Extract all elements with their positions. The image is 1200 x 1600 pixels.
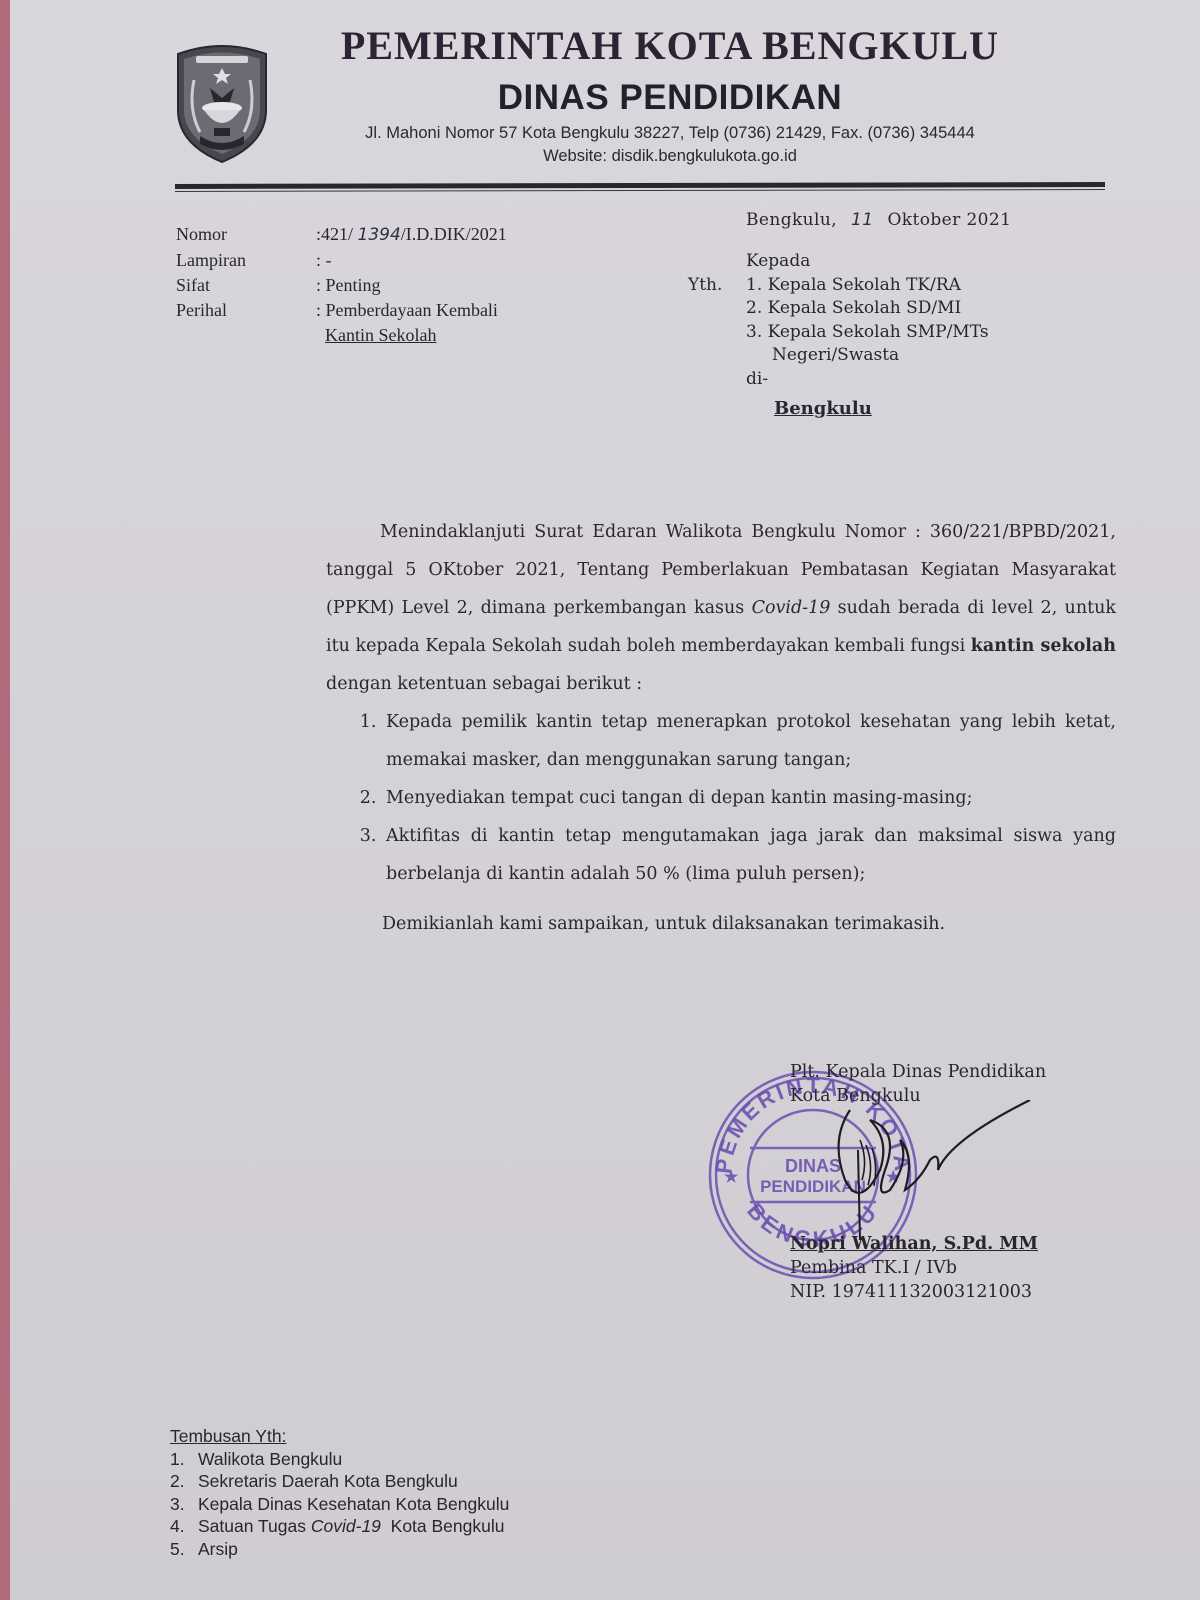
date-city: Bengkulu,: [746, 210, 837, 230]
letter-body: Menindaklanjuti Surat Edaran Walikota Be…: [326, 513, 1116, 943]
cc-text: Sekretaris Daerah Kota Bengkulu: [198, 1470, 458, 1493]
letterhead-divider-thin: [175, 189, 1105, 192]
nomor-value: :421/ 1394/I.D.DIK/2021: [316, 222, 507, 248]
letterhead-agency: DINAS PENDIDIKAN: [310, 78, 1030, 118]
letterhead-address: Jl. Mahoni Nomor 57 Kota Bengkulu 38227,…: [270, 124, 1070, 143]
nomor-handwritten: 1394: [358, 225, 401, 245]
addressee-item-cont: Negeri/Swasta: [688, 344, 989, 368]
cc-item: 2.Sekretaris Daerah Kota Bengkulu: [170, 1470, 509, 1493]
cc-text: Arsip: [198, 1538, 238, 1561]
provision-item: Menyediakan tempat cuci tangan di depan …: [382, 779, 1116, 817]
addressee-block: Kepada Yth.1. Kepala Sekolah TK/RA 2. Ke…: [688, 250, 989, 421]
signer-nip: NIP. 197411132003121003: [790, 1280, 1046, 1304]
cc-item: 1.Walikota Bengkulu: [170, 1448, 509, 1471]
meta-spacer: [176, 323, 316, 348]
nomor-suffix: /I.D.DIK/2021: [401, 224, 507, 244]
date-month-year: Oktober 2021: [887, 210, 1011, 230]
addressee-di: di-: [688, 368, 989, 392]
addressee-yth: Yth.: [688, 274, 746, 298]
nomor-prefix: :421/: [316, 224, 358, 244]
perihal-value-cont: Kantin Sekolah: [316, 323, 436, 348]
addressee-item: 2. Kepala Sekolah SD/MI: [746, 297, 961, 321]
carbon-copy-list: Tembusan Yth: 1.Walikota Bengkulu 2.Sekr…: [170, 1425, 509, 1560]
cc-num: 1.: [170, 1448, 198, 1471]
cc-num: 2.: [170, 1470, 198, 1493]
cc-num: 5.: [170, 1538, 198, 1561]
cc-text-part: Kota Bengkulu: [381, 1516, 505, 1536]
yth-spacer: [688, 321, 746, 345]
cc-text: Walikota Bengkulu: [198, 1448, 342, 1471]
cc-num: 3.: [170, 1493, 198, 1516]
intro-text: dengan ketentuan sebagai berikut :: [326, 674, 642, 694]
cc-item: 3.Kepala Dinas Kesehatan Kota Bengkulu: [170, 1493, 509, 1516]
letterhead-government: PEMERINTAH KOTA BENGKULU: [310, 22, 1030, 69]
nomor-label: Nomor: [176, 222, 316, 248]
intro-italic: Covid-19: [752, 598, 831, 618]
addressee-place: Bengkulu: [688, 397, 989, 421]
meta-sifat: Sifat : Penting: [176, 273, 507, 298]
letter-page: PEMERINTAH KOTA BENGKULU DINAS PENDIDIKA…: [10, 0, 1200, 1600]
cc-text: Kepala Dinas Kesehatan Kota Bengkulu: [198, 1493, 509, 1516]
provision-item: Aktifitas di kantin tetap mengutamakan j…: [382, 817, 1116, 893]
body-closing: Demikianlah kami sampaikan, untuk dilaks…: [326, 905, 1116, 943]
signer-position: Plt. Kepala Dinas Pendidikan: [790, 1060, 1046, 1084]
yth-spacer: [688, 297, 746, 321]
sifat-label: Sifat: [176, 273, 316, 298]
provisions-list: Kepada pemilik kantin tetap menerapkan p…: [326, 703, 1116, 893]
perihal-value: : Pemberdayaan Kembali: [316, 298, 498, 323]
handwritten-signature-icon: [830, 1100, 1050, 1240]
lampiran-value: : -: [316, 248, 332, 273]
provision-item: Kepada pemilik kantin tetap menerapkan p…: [382, 703, 1116, 779]
letterhead-website: Website: disdik.bengkulukota.go.id: [270, 147, 1070, 166]
cc-text: Satuan Tugas Covid-19 Kota Bengkulu: [198, 1515, 504, 1538]
cc-text-part: Satuan Tugas: [198, 1516, 311, 1536]
city-crest-emblem-icon: [170, 40, 274, 164]
addressee-item: 1. Kepala Sekolah TK/RA: [746, 274, 961, 298]
sifat-value: : Penting: [316, 273, 381, 298]
body-intro: Menindaklanjuti Surat Edaran Walikota Be…: [326, 513, 1116, 703]
letterhead-divider: [175, 182, 1105, 189]
addressee-kepada: Kepada: [746, 250, 810, 274]
cc-item: 5.Arsip: [170, 1538, 509, 1561]
addressee-item: 3. Kepala Sekolah SMP/MTs: [746, 321, 989, 345]
svg-text:★: ★: [724, 1169, 739, 1186]
letter-date: Bengkulu,11Oktober 2021: [746, 210, 1011, 230]
intro-bold: kantin sekolah: [971, 636, 1116, 656]
meta-lampiran: Lampiran : -: [176, 248, 507, 273]
letter-meta: Nomor :421/ 1394/I.D.DIK/2021 Lampiran :…: [176, 222, 507, 348]
cc-text-italic: Covid-19: [311, 1516, 381, 1536]
meta-nomor: Nomor :421/ 1394/I.D.DIK/2021: [176, 222, 507, 248]
meta-perihal: Perihal : Pemberdayaan Kembali: [176, 298, 507, 323]
date-day-handwritten: 11: [851, 210, 873, 230]
lampiran-label: Lampiran: [176, 248, 316, 273]
perihal-label: Perihal: [176, 298, 316, 323]
meta-perihal-cont: Kantin Sekolah: [176, 323, 507, 348]
cc-title: Tembusan Yth:: [170, 1425, 509, 1448]
signer-rank: Pembina TK.I / IVb: [790, 1256, 1046, 1280]
cc-item: 4.Satuan Tugas Covid-19 Kota Bengkulu: [170, 1515, 509, 1538]
yth-spacer: [688, 250, 746, 274]
cc-num: 4.: [170, 1515, 198, 1538]
